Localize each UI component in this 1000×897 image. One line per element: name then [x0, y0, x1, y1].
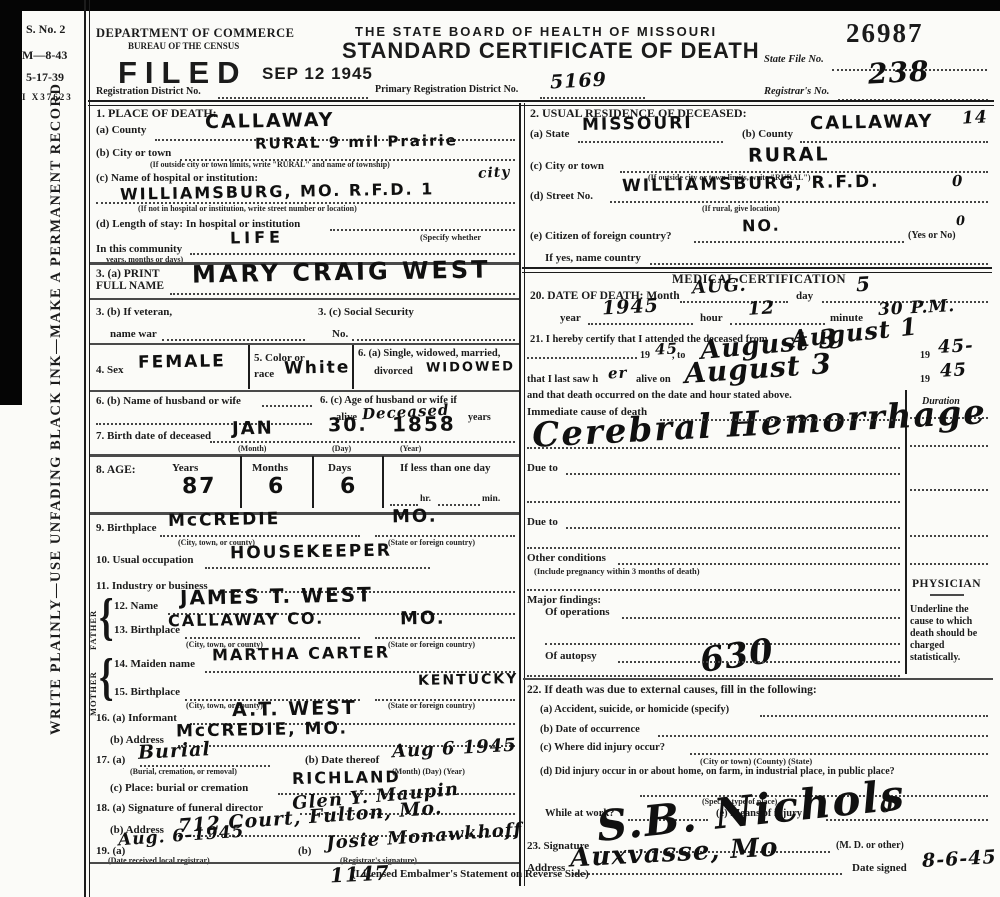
father-group-label: FATHER [88, 610, 98, 650]
age-days-value: 6 [340, 474, 358, 499]
certificate-title: STANDARD CERTIFICATE OF DEATH [342, 38, 760, 64]
birthplace-label: 9. Birthplace [96, 522, 157, 534]
death-year-value: 1945 [601, 295, 659, 320]
dotted-line [160, 534, 360, 537]
dotted-line [566, 472, 900, 475]
dotted-line [910, 488, 988, 491]
dotted-line [588, 322, 693, 325]
city-town-note: (If outside city or town limits, write "… [150, 160, 390, 169]
informant-label: 16. (a) Informant [96, 712, 177, 724]
marital-label: 6. (a) Single, widowed, married, [358, 348, 500, 359]
month-note: (Month) [238, 444, 266, 453]
external-causes-title: 22. If death was due to external causes,… [527, 684, 817, 696]
street-no-note: (If rural, give location) [702, 204, 780, 213]
street-no-value: WILLIAMSBURG, R.F.D. [622, 172, 880, 196]
print-name-label2: FULL NAME [96, 280, 164, 292]
less-than-day-label: If less than one day [400, 462, 490, 474]
dotted-line [658, 734, 988, 737]
physician-rule [930, 594, 964, 596]
city-town-value: RURAL 9 mil Prairie [255, 131, 458, 153]
dotted-line [650, 262, 988, 265]
residence-state-value: MISSOURI [582, 113, 693, 135]
cell-divider [240, 456, 242, 508]
divorced-label: divorced [374, 366, 413, 377]
ssn-no-label: No. [332, 328, 348, 340]
residence-county-label: (b) County [742, 128, 793, 140]
state-file-label: State File No. [764, 54, 824, 65]
dotted-line [162, 338, 305, 341]
birth-day-value: 30. [328, 414, 368, 437]
date-signed-value: 8-6-45 [921, 846, 997, 872]
stray-mark: 0 [952, 172, 964, 191]
burial-note: (Burial, cremation, or removal) [130, 767, 237, 776]
department-line: DEPARTMENT OF COMMERCE [96, 26, 295, 41]
dotted-line [185, 636, 360, 639]
county-label: (a) County [96, 124, 146, 136]
dotted-line [910, 534, 988, 537]
race-label: race [254, 368, 274, 380]
husband-wife-label: 6. (b) Name of husband or wife [96, 395, 241, 407]
registration-district-label: Registration District No. [96, 86, 201, 97]
dotted-line [566, 526, 900, 529]
burial-label: 17. (a) [96, 754, 125, 766]
dotted-line [352, 338, 515, 341]
registrar-no-value: 238 [867, 54, 930, 90]
age-years-label: Years [172, 462, 198, 474]
residence-county-value: CALLAWAY [810, 111, 934, 134]
birthplace-state-note: (State or foreign country) [388, 538, 475, 547]
death-day-label: day [796, 290, 813, 302]
age-months-value: 6 [268, 474, 286, 499]
burial-date-label: (b) Date thereof [305, 754, 379, 766]
veteran-war-label: name war [110, 328, 157, 340]
county-value: CALLAWAY [205, 109, 335, 133]
section-rule [90, 512, 519, 515]
birth-year-value: 1858 [392, 411, 456, 436]
death-year-label: year [560, 312, 581, 324]
dotted-line [618, 562, 900, 565]
year-pre: 19 [920, 374, 930, 385]
dotted-line [527, 588, 900, 591]
form-stamp-line: M—8-43 [22, 48, 67, 63]
dotted-line [690, 752, 988, 755]
board-title: THE STATE BOARD OF HEALTH OF MISSOURI [355, 24, 717, 39]
year-note: (Year) [400, 444, 421, 453]
residence-city-label: (c) City or town [530, 160, 604, 172]
occupation-value: HOUSEKEEPER [230, 541, 392, 564]
dotted-line [527, 446, 900, 449]
mother-group-label: MOTHER [88, 671, 98, 716]
dotted-line [622, 616, 900, 619]
mother-birthplace-state-note: (State or foreign country) [388, 701, 475, 710]
sex-value: FEMALE [138, 351, 226, 373]
dotted-line [694, 240, 904, 243]
dotted-line [527, 500, 900, 503]
dotted-line [170, 292, 515, 295]
margin-instruction: WRITE PLAINLY—USE UNFADING BLACK INK—MAK… [48, 83, 65, 735]
mother-birthplace-label: 15. Birthplace [114, 686, 180, 698]
where-injury-label: (c) Where did injury occur? [540, 742, 665, 753]
other-conditions-label: Other conditions [527, 552, 606, 564]
dotted-line [438, 503, 480, 506]
section-rule [90, 390, 519, 392]
death-month-value: AUG. [691, 275, 747, 299]
city-town-label: (b) City or town [96, 147, 171, 159]
father-birthplace-value: CALLAWAY CO. [168, 609, 324, 631]
burial-value: Burial [137, 738, 211, 764]
community-value: LIFE [230, 228, 284, 248]
cell-divider [248, 345, 250, 389]
birthplace-value: McCREDIE [168, 509, 281, 531]
pregnancy-note: (Include pregnancy within 3 months of de… [534, 566, 700, 576]
mother-birthplace-value: KENTUCKY [418, 671, 519, 689]
dotted-line [578, 140, 723, 143]
dotted-line [660, 418, 900, 421]
filed-date-stamp: SEP 12 1945 [262, 64, 373, 84]
scan-artifact [0, 0, 4, 26]
mother-maiden-value: MARTHA CARTER [212, 642, 390, 664]
death-hour-value: 12 [747, 297, 775, 319]
cell-divider [382, 456, 384, 508]
year-pre: 19 [920, 350, 930, 361]
age-years-value: 87 [182, 474, 217, 500]
informant-value: A.T. WEST [232, 697, 357, 721]
registrar-sig-label: (b) [298, 845, 311, 857]
to-year-value: 45- [937, 335, 974, 358]
hr-label: hr. [420, 494, 431, 504]
sex-label: 4. Sex [96, 364, 124, 376]
dotted-line [540, 96, 645, 99]
print-name-label: 3. (a) PRINT [96, 268, 160, 280]
burial-date-note: (Month) (Day) (Year) [392, 767, 465, 776]
city-town-value-overflow: city [478, 164, 511, 182]
burial-date-value: Aug 6 1945 [392, 735, 518, 763]
hospital-note: (If not in hospital or institution, writ… [138, 204, 357, 213]
physician-note: Underline the cause to which death shoul… [910, 604, 990, 664]
occupation-label: 10. Usual occupation [96, 554, 194, 566]
section-rule [90, 454, 519, 457]
dotted-line [205, 566, 430, 569]
state-file-number: 26987 [846, 18, 924, 49]
dotted-line [760, 714, 988, 717]
dotted-line [910, 562, 988, 565]
alive-on-label: alive on [636, 374, 671, 385]
death-certificate-scan: S. No. 2 M—8-43 5-17-39 I X37623 WRITE P… [0, 0, 1000, 897]
primary-district-value: 5169 [549, 69, 607, 94]
scan-artifact [0, 0, 1000, 11]
yes-or-no-note: (Yes or No) [908, 230, 956, 241]
place-of-death-title: 1. PLACE OF DEATH: [96, 106, 217, 121]
burial-place-label: (c) Place: burial or cremation [110, 782, 248, 794]
saw-year-value: 45 [939, 359, 967, 381]
dotted-line [218, 96, 368, 99]
dotted-line [330, 228, 515, 231]
age-days-label: Days [328, 462, 351, 474]
birth-month-value: JAN [232, 418, 274, 440]
father-name-label: 12. Name [114, 600, 158, 612]
dotted-line [527, 674, 900, 677]
years-suffix: years [468, 412, 491, 423]
father-birthplace-state-note: (State or foreign country) [388, 640, 475, 649]
section-rule [90, 862, 519, 864]
dotted-line [96, 422, 312, 425]
full-name-value: MARY CRAIG WEST [192, 255, 491, 288]
birthplace-state-value: MO. [392, 506, 438, 528]
section-rule [90, 298, 519, 300]
age-months-label: Months [252, 462, 288, 474]
physician-label: PHYSICIAN [912, 578, 981, 590]
occurrence-date-label: (b) Date of occurrence [540, 724, 640, 735]
street-no-label: (d) Street No. [530, 190, 593, 202]
marital-value: WIDOWED [426, 359, 515, 376]
citizen-label: (e) Citizen of foreign country? [530, 230, 672, 242]
section-rule [90, 343, 519, 345]
dotted-line [210, 440, 515, 443]
year-pre: 19 [640, 350, 650, 361]
cell-divider [352, 345, 354, 389]
major-findings-label: Major findings: [527, 594, 601, 606]
where-injury-note: (City or town) (County) (State) [700, 756, 812, 766]
min-label: min. [482, 494, 500, 504]
residence-city-value: RURAL [748, 143, 830, 166]
dotted-line [190, 252, 515, 255]
specify-whether-note: (Specify whether [420, 232, 481, 242]
dotted-line [527, 356, 637, 359]
stray-mark: 14 [961, 107, 988, 128]
birth-date-label: 7. Birth date of deceased [96, 430, 211, 442]
father-brace: { [99, 588, 113, 647]
bureau-line: BUREAU OF THE CENSUS [128, 41, 239, 51]
dotted-line [610, 200, 988, 203]
dotted-line [527, 546, 900, 549]
margin-divider [84, 0, 90, 897]
stray-mark: 0 [956, 214, 967, 230]
dotted-line [375, 636, 515, 639]
column-divider [519, 103, 525, 886]
dotted-line [572, 872, 842, 875]
registrar-no-label: Registrar's No. [764, 86, 829, 97]
father-birthplace-state: MO. [400, 608, 446, 630]
cell-divider [312, 456, 314, 508]
mother-maiden-label: 14. Maiden name [114, 658, 195, 670]
of-autopsy-label: Of autopsy [545, 650, 597, 662]
ssn-label: 3. (c) Social Security [318, 306, 414, 318]
due-to-label: Due to [527, 462, 558, 474]
md-or-other-label: (M. D. or other) [836, 840, 904, 851]
of-operations-label: Of operations [545, 606, 609, 618]
date-signed-label: Date signed [852, 862, 907, 874]
day-note: (Day) [332, 444, 351, 453]
dotted-line [375, 534, 515, 537]
name-country-label: If yes, name country [545, 252, 641, 264]
death-hour-label: hour [700, 312, 723, 324]
father-name-value: JAMES T. WEST [180, 582, 373, 609]
dotted-line [910, 444, 988, 447]
age-title: 8. AGE: [96, 464, 136, 476]
dotted-line [618, 660, 900, 663]
race-value: White [284, 357, 351, 378]
accident-label: (a) Accident, suicide, or homicide (spec… [540, 704, 729, 715]
community-label: In this community [96, 243, 182, 255]
mother-brace: { [99, 648, 113, 707]
embalmer-statement: (Licensed Embalmer's Statement on Revers… [352, 868, 589, 880]
dotted-line [262, 404, 312, 407]
residence-state-label: (a) State [530, 128, 569, 140]
section-rule [523, 678, 993, 680]
veteran-label: 3. (b) If veteran, [96, 306, 172, 318]
citizen-value: NO. [742, 216, 781, 236]
last-saw-line: that I last saw h [527, 374, 598, 385]
death-occurred-line: and that death occurred on the date and … [527, 390, 792, 401]
primary-district-label: Primary Registration District No. [375, 84, 518, 95]
death-day-value: 5 [855, 272, 871, 297]
form-stamp-line: S. No. 2 [26, 22, 65, 37]
due-to-label: Due to [527, 516, 558, 528]
her-value: er [608, 364, 628, 383]
